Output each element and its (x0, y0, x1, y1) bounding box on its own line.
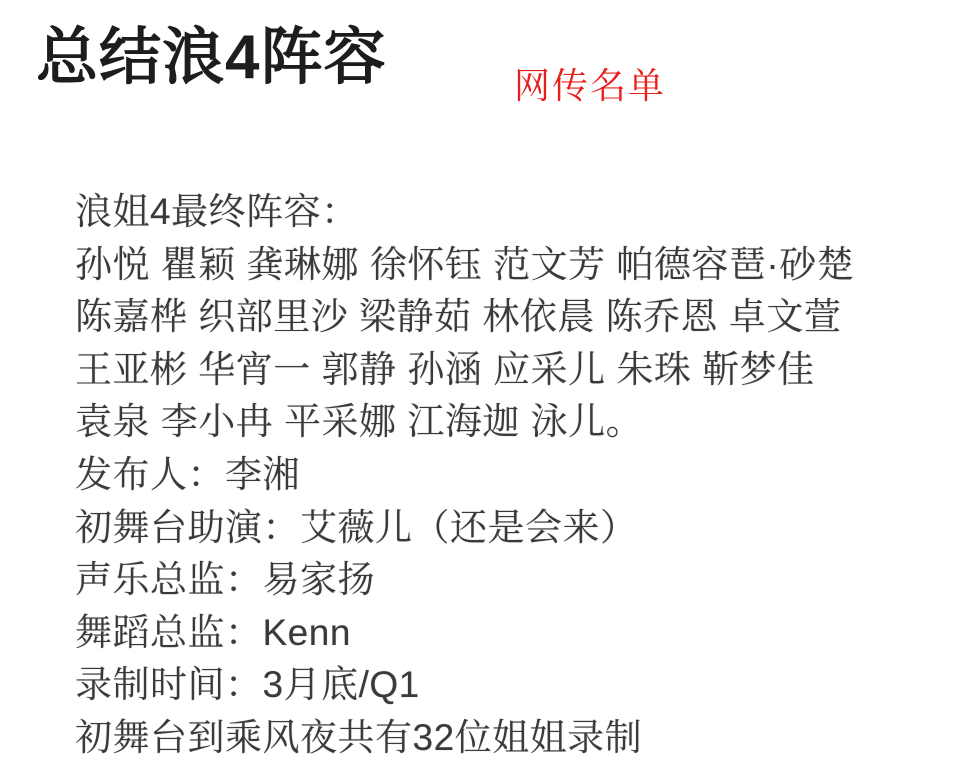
body-line-names-3: 王亚彬 华宵一 郭静 孙涵 应采儿 朱珠 靳梦佳 (75, 344, 940, 397)
body-line-names-4: 袁泉 李小冉 平采娜 江海迦 泳儿。 (75, 396, 940, 449)
body-line-dance-director: 舞蹈总监：Kenn (75, 607, 940, 660)
body-line-names-2: 陈嘉桦 织部里沙 梁静茹 林依晨 陈乔恩 卓文萱 (75, 291, 940, 344)
body-line-names-1: 孙悦 瞿颖 龚琳娜 徐怀钰 范文芳 帕德容琶·砂楚 (75, 239, 940, 292)
page-title: 总结浪4阵容 (36, 24, 386, 92)
body-line-recording-time: 录制时间：3月底/Q1 (75, 659, 940, 712)
body-line-footer: 初舞台到乘风夜共有32位姐姐录制 (75, 712, 940, 765)
rumor-tag-label: 网传名单 (514, 64, 666, 107)
body-line-vocal-director: 声乐总监：易家扬 (75, 554, 940, 607)
body-line-heading: 浪姐4最终阵容： (75, 186, 940, 239)
body-line-publisher: 发布人：李湘 (75, 449, 940, 502)
lineup-text-block: 浪姐4最终阵容： 孙悦 瞿颖 龚琳娜 徐怀钰 范文芳 帕德容琶·砂楚 陈嘉桦 织… (75, 186, 940, 765)
text-post-image: 总结浪4阵容 网传名单 浪姐4最终阵容： 孙悦 瞿颖 龚琳娜 徐怀钰 范文芳 帕… (0, 0, 960, 765)
body-line-guest: 初舞台助演：艾薇儿（还是会来） (75, 502, 940, 555)
